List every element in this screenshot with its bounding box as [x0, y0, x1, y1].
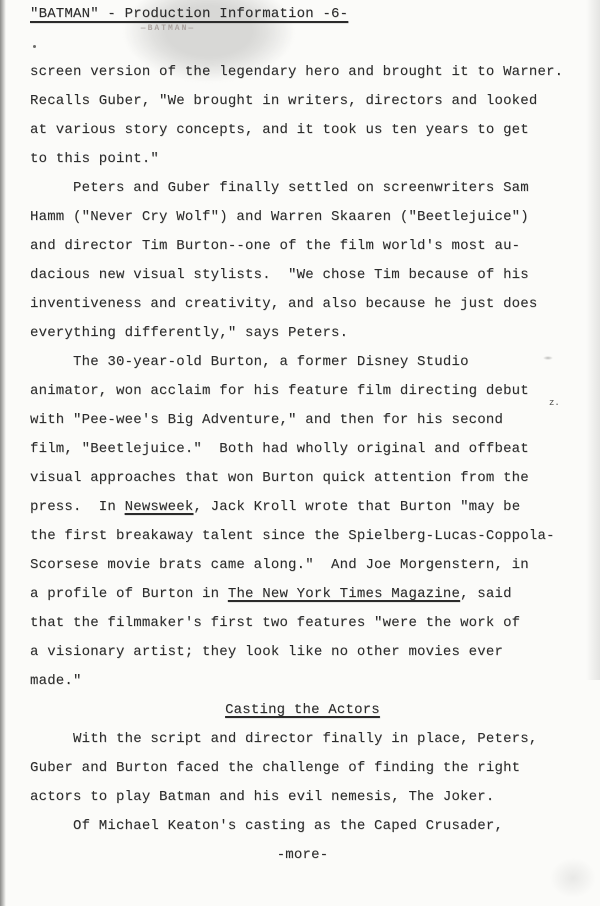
body-line: Guber and Burton faced the challenge of … — [30, 754, 575, 783]
document-body: screen version of the legendary hero and… — [30, 58, 575, 870]
body-line: animator, won acclaim for his feature fi… — [30, 377, 575, 406]
page-header-title: "BATMAN" - Production Information -6- — [30, 6, 348, 22]
body-line: that the filmmaker's first two features … — [30, 609, 575, 638]
scan-edge-right — [586, 0, 600, 680]
body-line: Scorsese movie brats came along." And Jo… — [30, 551, 575, 580]
batman-stamp-text: —BATMAN— — [120, 24, 216, 33]
scan-edge-left — [0, 0, 6, 906]
body-line: inventiveness and creativity, and also b… — [30, 290, 575, 319]
body-line: Peters and Guber finally settled on scre… — [30, 174, 575, 203]
underlined-publication-name: Newsweek — [125, 499, 194, 515]
scan-dot-artifact — [33, 45, 36, 48]
body-line: the first breakaway talent since the Spi… — [30, 522, 575, 551]
body-line: and director Tim Burton--one of the film… — [30, 232, 575, 261]
body-line: film, "Beetlejuice." Both had wholly ori… — [30, 435, 575, 464]
body-line: a visionary artist; they look like no ot… — [30, 638, 575, 667]
page-footer: -more- — [30, 841, 575, 870]
line-text: a profile of Burton in — [30, 586, 228, 602]
underlined-publication-name: The New York Times Magazine — [228, 586, 460, 602]
body-line: dacious new visual stylists. "We chose T… — [30, 261, 575, 290]
body-line: Hamm ("Never Cry Wolf") and Warren Skaar… — [30, 203, 575, 232]
line-text: , said — [460, 586, 512, 602]
body-line: With the script and director finally in … — [30, 725, 575, 754]
body-line-with-underlined-title: press. In Newsweek, Jack Kroll wrote tha… — [30, 493, 575, 522]
body-line: with "Pee-wee's Big Adventure," and then… — [30, 406, 575, 435]
section-heading: Casting the Actors — [225, 702, 380, 718]
body-line-with-underlined-title: a profile of Burton in The New York Time… — [30, 580, 575, 609]
body-line: visual approaches that won Burton quick … — [30, 464, 575, 493]
line-text: , Jack Kroll wrote that Burton "may be — [193, 499, 520, 515]
body-line: Recalls Guber, "We brought in writers, d… — [30, 87, 575, 116]
body-line: everything differently," says Peters. — [30, 319, 575, 348]
body-line: to this point." — [30, 145, 575, 174]
scanned-document-page: —BATMAN— "BATMAN" - Production Informati… — [0, 0, 600, 906]
body-line: Of Michael Keaton's casting as the Caped… — [30, 812, 575, 841]
section-heading-row: Casting the Actors — [30, 696, 575, 725]
body-line: made." — [30, 667, 575, 696]
line-text: press. In — [30, 499, 125, 515]
body-line: screen version of the legendary hero and… — [30, 58, 575, 87]
body-line: actors to play Batman and his evil nemes… — [30, 783, 575, 812]
body-line: The 30-year-old Burton, a former Disney … — [30, 348, 575, 377]
body-line: at various story concepts, and it took u… — [30, 116, 575, 145]
